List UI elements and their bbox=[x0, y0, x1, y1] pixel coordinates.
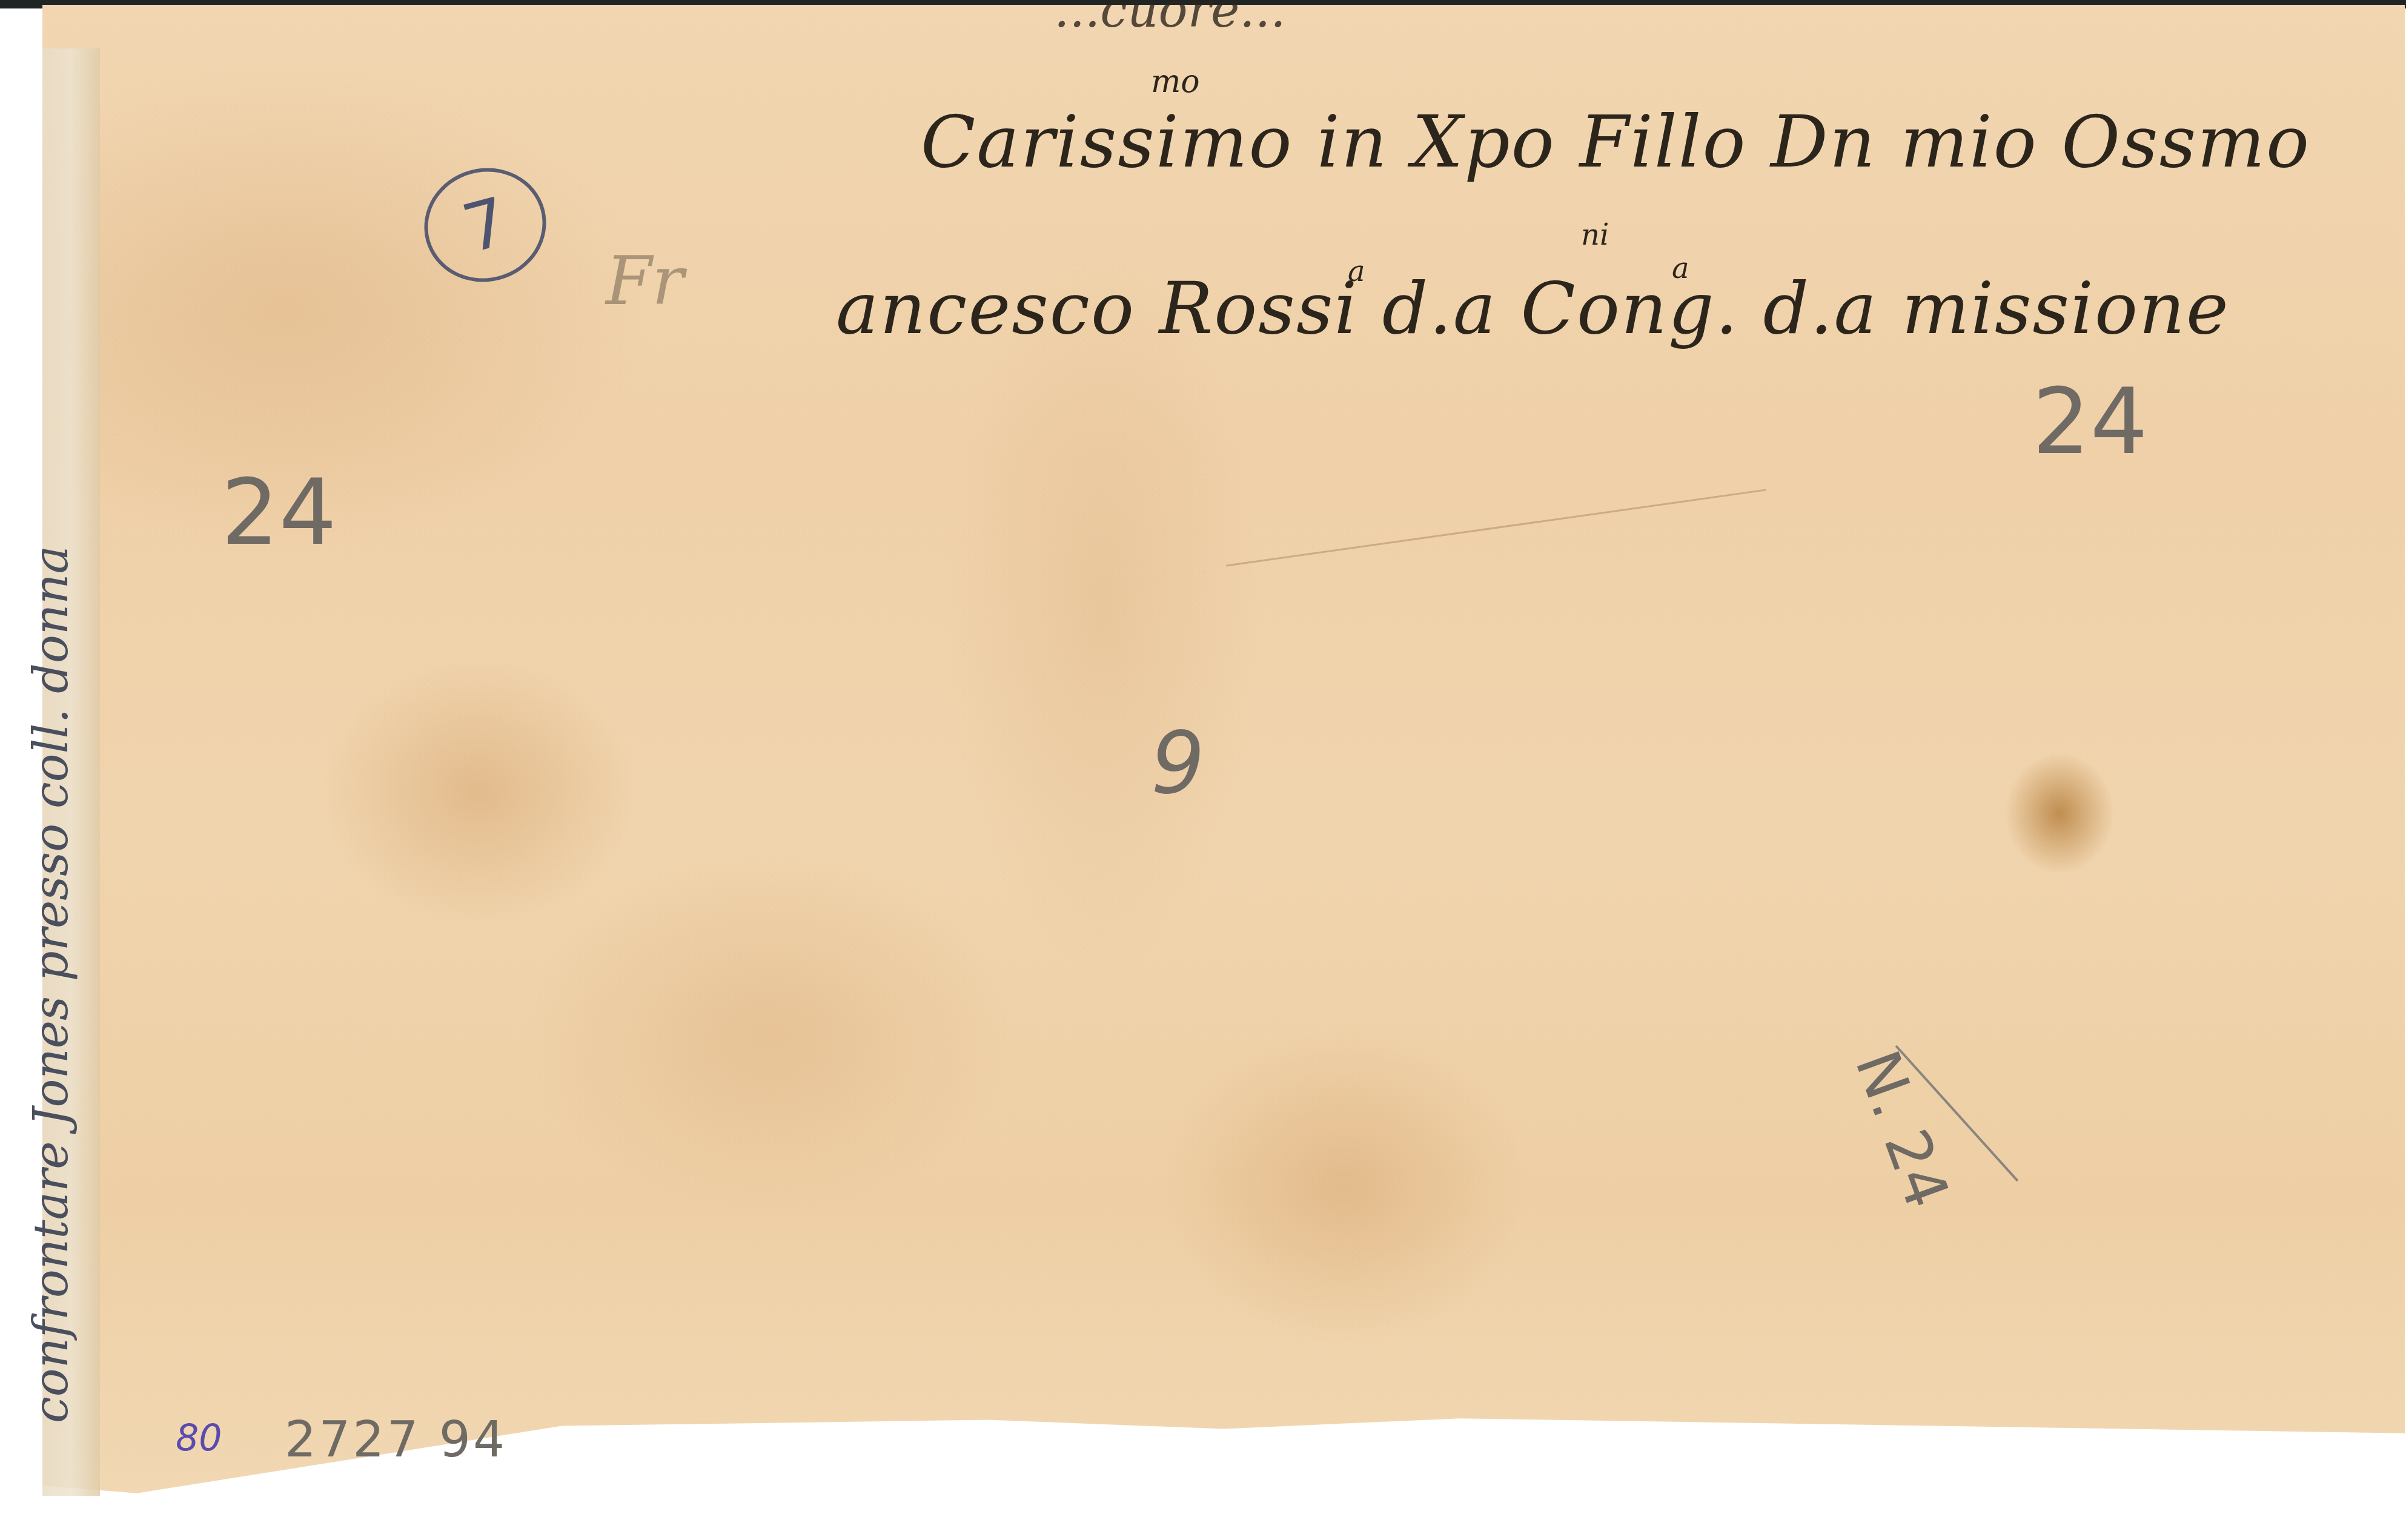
address-top-fragment: ...cuore... bbox=[1054, 0, 1286, 38]
pencil-number-left: 24 bbox=[221, 460, 337, 566]
address-line-2-prefix: Fr bbox=[606, 242, 684, 320]
pencil-number-center: 9 bbox=[1151, 715, 1205, 813]
address-line-1: Carissimo in Xpo Fillo Dn mio Ossmo bbox=[921, 100, 2310, 183]
inventory-number: 2727 94 bbox=[285, 1411, 507, 1469]
address-superscript: mo bbox=[1151, 64, 1200, 100]
circled-number: 7 bbox=[455, 182, 516, 268]
address-superscript-ni: ni bbox=[1581, 218, 1609, 252]
pencil-number-right: 24 bbox=[2032, 369, 2148, 475]
catalog-stamp: 80 bbox=[176, 1417, 222, 1459]
margin-note-vertical: confrontare Jones presso coll. donna bbox=[24, 546, 79, 1423]
address-line-2: ancesco Rossi d.a Cong. d.a missione bbox=[836, 266, 2230, 350]
paper-sheet bbox=[42, 5, 2405, 1501]
